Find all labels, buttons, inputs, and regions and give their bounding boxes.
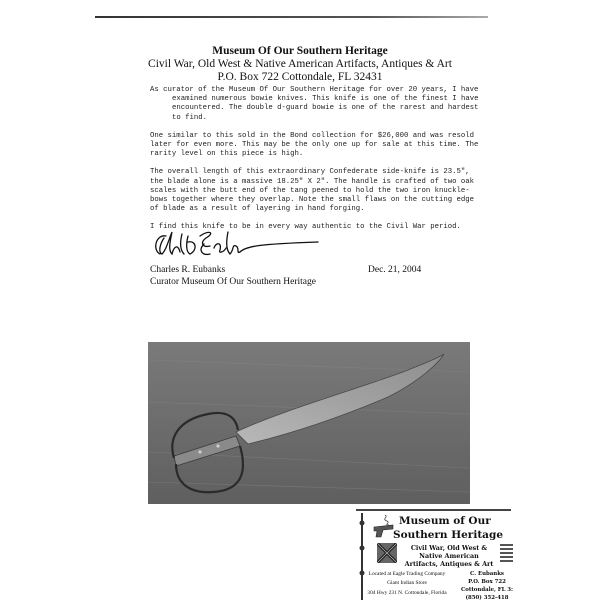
card-title-line1: Museum of Our bbox=[399, 514, 491, 528]
page-top-rule bbox=[95, 16, 488, 18]
card-top-rule bbox=[356, 509, 511, 511]
decorative-pillar-icon bbox=[359, 513, 365, 600]
card-contact-line: (850) 352-418 bbox=[457, 594, 517, 600]
card-subtitle-line: Native American bbox=[399, 552, 499, 560]
card-location-line: 304 Hwy 231 N. Cottondale, Florida bbox=[367, 589, 447, 597]
letterhead-title: Museum Of Our Southern Heritage bbox=[100, 45, 500, 58]
card-subtitle-line: Artifacts, Antiques & Art bbox=[399, 560, 499, 568]
card-contact-line: Cottondale, FL 3: bbox=[457, 586, 517, 594]
knife-photo bbox=[148, 342, 470, 504]
card-location-line: Giant Indian Store bbox=[367, 579, 447, 587]
letter-date: Dec. 21, 2004 bbox=[368, 264, 421, 276]
letter-paragraph: As curator of the Museum Of Our Southern… bbox=[150, 86, 480, 123]
us-flag-icon bbox=[500, 544, 513, 562]
card-contact-line: C. Eubanks bbox=[457, 570, 517, 578]
signatory-name: Charles R. Eubanks bbox=[150, 264, 225, 276]
signatory-title: Curator Museum Of Our Southern Heritage bbox=[150, 276, 316, 288]
card-title-line2: Southern Heritage bbox=[393, 528, 503, 542]
letterhead: Museum Of Our Southern Heritage Civil Wa… bbox=[100, 45, 500, 84]
letter-paragraph: The overall length of this extraordinary… bbox=[150, 168, 480, 214]
business-card: Museum of Our Southern Heritage Civil Wa… bbox=[357, 513, 600, 600]
letterhead-subtitle: Civil War, Old West & Native American Ar… bbox=[100, 58, 500, 71]
card-location-line: Located at Eagle Trading Company bbox=[367, 570, 447, 578]
handwritten-signature bbox=[150, 228, 320, 258]
card-subtitle-line: Civil War, Old West & bbox=[399, 544, 499, 552]
card-contact-line: P.O. Box 722 bbox=[457, 578, 517, 586]
letter-paragraph: One similar to this sold in the Bond col… bbox=[150, 132, 480, 160]
letter-body: As curator of the Museum Of Our Southern… bbox=[150, 86, 480, 242]
confederate-flag-icon bbox=[377, 543, 397, 563]
letterhead-address: P.O. Box 722 Cottondale, FL 32431 bbox=[100, 71, 500, 84]
